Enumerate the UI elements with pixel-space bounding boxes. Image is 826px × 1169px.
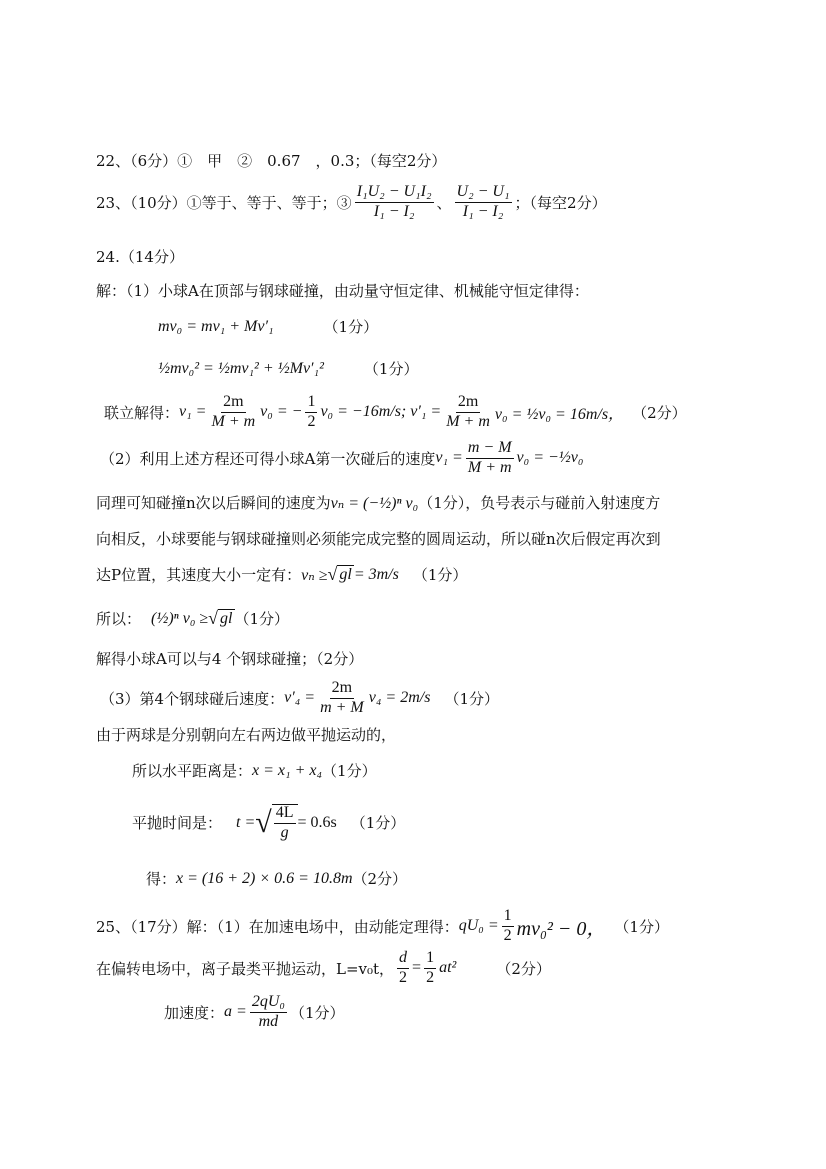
solve-frac1-num: 2m: [221, 394, 245, 413]
q25-line3-label: 加速度：: [164, 1002, 224, 1023]
q25-frac1-den: 2: [397, 969, 409, 987]
part2-intro: （2）利用上述方程还可得小球A第一次碰后的速度: [100, 448, 435, 469]
q25-eq-sign: =: [412, 959, 421, 977]
q25-accel-fraction: 2qU₀ md: [250, 994, 287, 1031]
q23-separator: 、: [437, 192, 452, 213]
eq1-score: （1分）: [324, 316, 379, 337]
q24-distance: 所以水平距离是： x = x₁ + x₄ （1分）: [132, 760, 377, 781]
q25-line2: 在偏转电场中，离子最类平抛运动，L=v₀t， d 2 = 1 2 at² （2分…: [96, 950, 551, 987]
q24-final: 得： x = (16 + 2) × 0.6 = 10.8m （2分）: [146, 868, 407, 889]
final-eq: x = (16 + 2) × 0.6 = 10.8m: [176, 870, 353, 888]
q22-line: 22、（6分）① 甲 ② 0.67 ，0.3；（每空2分）: [96, 150, 446, 171]
q24-header: 24.（14分）: [96, 246, 184, 267]
part2-line3: 向相反，小球要能与钢球碰撞则必须能完成完整的圆周运动，所以碰n次后假定再次到: [96, 528, 661, 549]
q24-part2-line3: 向相反，小球要能与钢球碰撞则必须能完成完整的圆周运动，所以碰n次后假定再次到: [96, 528, 661, 549]
part2-line2-a: 同理可知碰撞n次以后瞬间的速度为: [96, 492, 331, 513]
part3-score: （1分）: [444, 688, 499, 709]
part2-line4-a: 达P位置，其速度大小一定有：: [96, 564, 301, 585]
part2-line4-rhs: = 3m/s: [354, 566, 399, 584]
q24-part1-intro-text: 解：（1）小球A在顶部与钢球碰撞，由动量守恒定律、机械能守恒定律得：: [96, 280, 589, 301]
q24-so-line: 所以： (½)ⁿ v₀ ≥ √gl （1分）: [96, 608, 289, 629]
part2-rhs: v₀ = −½v₀: [517, 449, 584, 467]
solve-frac1-den: M + m: [209, 413, 257, 431]
final-label: 得：: [146, 868, 176, 889]
solve-score: （2分）: [632, 402, 687, 423]
q23-line: 23、（10分）①等于、等于、等于；③ I₁U₂ − U₁I₂ I₁ − I₂ …: [96, 184, 607, 221]
part2-line4-lhs: vₙ ≥: [301, 565, 327, 585]
solve-label: 联立解得：: [104, 402, 179, 423]
part3-frac-num: 2m: [330, 680, 354, 699]
q25-d-over-2: d 2: [397, 950, 409, 987]
q25-frac2-den: 2: [424, 969, 436, 987]
q23-fraction-2: U₂ − U₁ I₁ − I₂: [455, 184, 512, 221]
part2-frac-den: M + m: [466, 459, 514, 477]
q23-frac2-numerator: U₂ − U₁: [455, 184, 512, 203]
part3-rhs: v₄ = 2m/s: [369, 689, 431, 707]
solve-frac2-num: 2m: [456, 394, 480, 413]
part3-lhs: v′₄ =: [284, 689, 315, 707]
part3-intro: （3）第4个钢球碰后速度：: [100, 688, 284, 709]
q25-accel-num: 2qU₀: [250, 994, 287, 1013]
time-lhs: t =: [236, 814, 255, 832]
solve-v1-rhs: v₀ = −16m/s; v′₁ =: [320, 403, 441, 421]
q24-eq1: mv₀ = mv₁ + Mv′₁ （1分）: [158, 316, 378, 337]
dist-eq: x = x₁ + x₄: [252, 762, 322, 780]
part2-line4-score: （1分）: [413, 564, 468, 585]
q25-line3-lhs: a =: [224, 1003, 247, 1021]
time-sqrt: √ 4Lg: [255, 804, 297, 842]
q25-line1: 25、（17分）解：（1）在加速电场中，由动能定理得： qU₀ = 1 2 mv…: [96, 908, 669, 945]
so-label: 所以：: [96, 608, 141, 629]
q24-solve-line: 联立解得： v₁ = 2m M + m v₀ = − 1 2 v₀ = −16m…: [104, 394, 687, 431]
part2-lhs: v₁ =: [435, 449, 462, 467]
solve-half: 1 2: [305, 394, 317, 431]
part3-frac-den: m + M: [318, 699, 366, 717]
q23-frac1-numerator: I₁U₂ − U₁I₂: [355, 184, 434, 203]
solve-fraction-1: 2m M + m: [209, 394, 257, 431]
solve-half-den: 2: [305, 413, 317, 431]
time-num: 4L: [274, 805, 296, 824]
part3-fraction: 2m m + M: [318, 680, 366, 717]
q25-line1-rhs: mv₀² − 0，: [517, 912, 607, 941]
so-eq: (½)ⁿ v₀ ≥: [151, 610, 208, 628]
q23-frac1-denominator: I₁ − I₂: [372, 203, 417, 221]
q22-text: 22、（6分）① 甲 ② 0.67 ，0.3；（每空2分）: [96, 150, 446, 171]
q25-line1-score: （1分）: [614, 916, 669, 937]
solve-frac2-den: M + m: [444, 413, 492, 431]
q25-line3: 加速度： a = 2qU₀ md （1分）: [164, 994, 344, 1031]
q24-eq2: ½mv₀² = ½mv₁² + ½Mv′₁² （1分）: [158, 358, 418, 379]
q25-accel-den: md: [257, 1013, 281, 1031]
time-score: （1分）: [351, 812, 406, 833]
q25-line1-a: 25、（17分）解：（1）在加速电场中，由动能定理得：: [96, 916, 459, 937]
q24-header-text: 24.（14分）: [96, 246, 184, 267]
part2-line2-b: （1分），负号表示与碰前入射速度方: [418, 492, 660, 513]
q25-line2-score: （2分）: [496, 958, 551, 979]
time-label: 平抛时间是：: [132, 812, 222, 833]
q25-line2-a: 在偏转电场中，离子最类平抛运动，L=v₀t，: [96, 958, 394, 979]
so-sqrt-body: gl: [218, 609, 234, 628]
q25-line2-rhs: at²: [439, 959, 456, 977]
time-rhs: = 0.6s: [298, 814, 337, 832]
q24-time: 平抛时间是： t = √ 4Lg = 0.6s （1分）: [132, 804, 405, 842]
momentum-equation: mv₀ = mv₁ + Mv′₁: [158, 318, 274, 336]
q23-fraction-1: I₁U₂ − U₁I₂ I₁ − I₂: [355, 184, 434, 221]
q24-part3-line1: （3）第4个钢球碰后速度： v′₄ = 2m m + M v₄ = 2m/s （…: [100, 680, 499, 717]
q25-half: 1 2: [502, 908, 514, 945]
q25-half-den: 2: [502, 927, 514, 945]
q24-result: 解得小球A可以与4 个钢球碰撞；（2分）: [96, 648, 363, 669]
q23-frac2-denominator: I₁ − I₂: [461, 203, 506, 221]
q24-part3-line2: 由于两球是分别朝向左右两边做平抛运动的，: [96, 724, 396, 745]
solve-half-num: 1: [305, 394, 317, 413]
q25-frac2-num: 1: [424, 950, 436, 969]
q23-suffix: ；（每空2分）: [515, 192, 607, 213]
part2-frac-num: m − M: [466, 440, 514, 459]
part2-line2-eq: vₙ = (−½)ⁿ v₀: [331, 493, 419, 513]
q24-part1-intro: 解：（1）小球A在顶部与钢球碰撞，由动量守恒定律、机械能守恒定律得：: [96, 280, 589, 301]
time-den: g: [279, 824, 291, 842]
result-text: 解得小球A可以与4 个钢球碰撞；（2分）: [96, 648, 363, 669]
part2-fraction: m − M M + m: [466, 440, 514, 477]
q25-one-half: 1 2: [424, 950, 436, 987]
q25-line3-score: （1分）: [290, 1002, 345, 1023]
solve-fraction-2: 2m M + m: [444, 394, 492, 431]
eq2-score: （1分）: [364, 358, 419, 379]
dist-label: 所以水平距离是：: [132, 760, 252, 781]
q25-half-num: 1: [502, 908, 514, 927]
energy-equation: ½mv₀² = ½mv₁² + ½Mv′₁²: [158, 360, 324, 378]
q24-part2-line2: 同理可知碰撞n次以后瞬间的速度为 vₙ = (−½)ⁿ v₀ （1分），负号表示…: [96, 492, 660, 513]
q24-part2-line1: （2）利用上述方程还可得小球A第一次碰后的速度 v₁ = m − M M + m…: [100, 440, 583, 477]
q23-prefix: 23、（10分）①等于、等于、等于；③: [96, 192, 352, 213]
part3-line2: 由于两球是分别朝向左右两边做平抛运动的，: [96, 724, 396, 745]
sqrt-body: gl: [337, 565, 353, 584]
solve-v1p-rhs: v₀ = ½v₀ = 16m/s，: [495, 401, 624, 424]
q24-part2-line4: 达P位置，其速度大小一定有： vₙ ≥ √gl = 3m/s （1分）: [96, 564, 467, 585]
q25-line1-lhs: qU₀ =: [459, 917, 499, 935]
sqrt-gl: √gl: [327, 564, 353, 585]
dist-score: （1分）: [322, 760, 377, 781]
so-score: （1分）: [235, 608, 290, 629]
so-sqrt: √gl: [208, 608, 234, 629]
solve-v1-lhs: v₁ =: [179, 403, 206, 421]
final-score: （2分）: [353, 868, 408, 889]
solve-v1-mid: v₀ = −: [260, 403, 302, 421]
q25-frac1-num: d: [397, 950, 409, 969]
